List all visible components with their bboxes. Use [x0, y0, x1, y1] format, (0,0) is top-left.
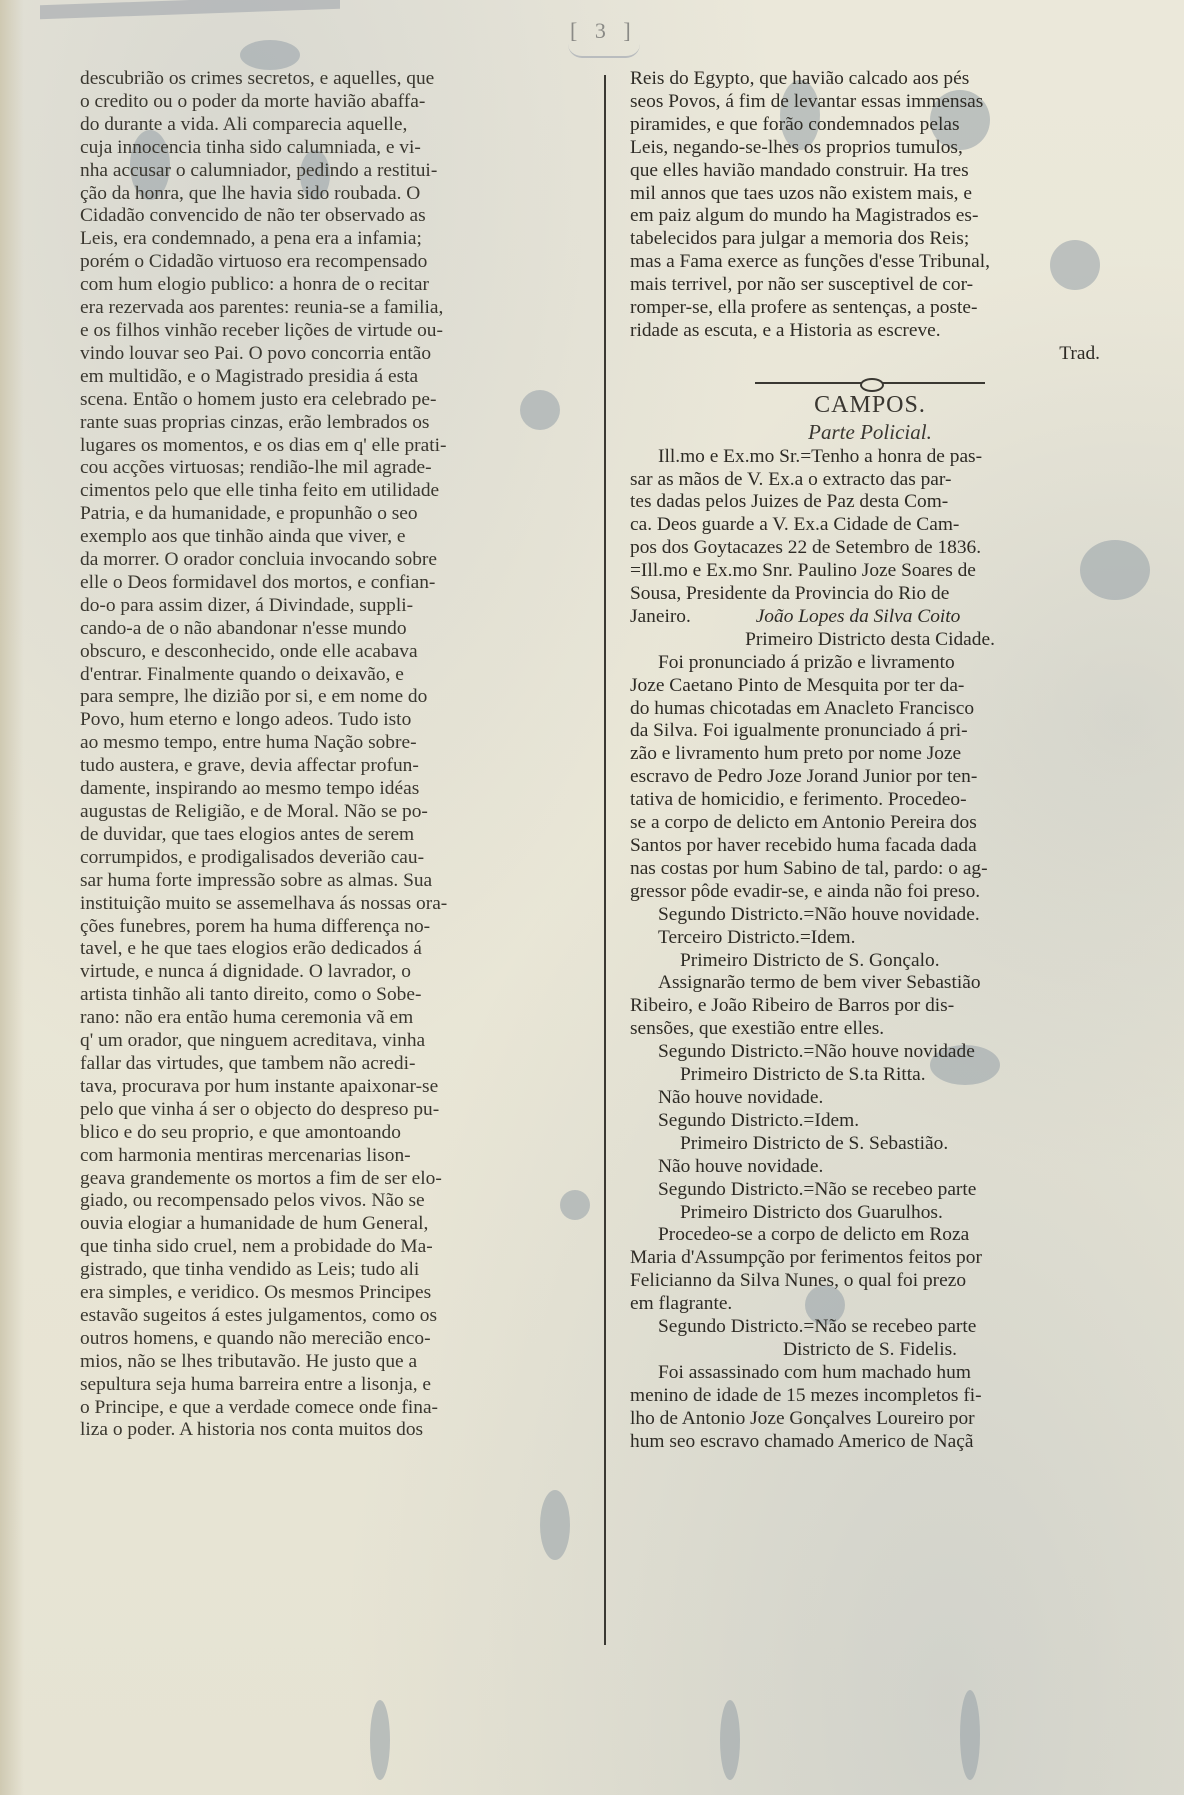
- article-line: d'entrar. Finalmente quando o deixavão, …: [80, 664, 580, 687]
- section-subtitle: Parte Policial.: [630, 421, 1110, 444]
- district-heading: Districto de S. Fidelis.: [630, 1339, 1110, 1362]
- district-heading: Primeiro Districto dos Guarulhos.: [630, 1202, 1110, 1225]
- report-line: sensões, que exestião entre elles.: [630, 1018, 1110, 1041]
- article-line: que elles havião mandado construir. Ha t…: [630, 160, 1110, 183]
- column-divider: [604, 75, 606, 1645]
- article-line: Patria, e da humanidade, e propunhão o s…: [80, 503, 580, 526]
- article-line: ções funebres, porem ha huma differença …: [80, 916, 580, 939]
- article-line: em multidão, e o Magistrado presidia á e…: [80, 366, 580, 389]
- report-line: gressor pôde evadir-se, e ainda não foi …: [630, 881, 1110, 904]
- article-line: romper-se, ella profere as sentenças, a …: [630, 297, 1110, 320]
- article-line: porém o Cidadão virtuoso era recompensad…: [80, 251, 580, 274]
- letter-line: =Ill.mo e Ex.mo Snr. Paulino Joze Soares…: [630, 560, 1110, 583]
- article-line: mil annos que taes uzos não existem mais…: [630, 183, 1110, 206]
- article-line: Povo, hum eterno e longo adeos. Tudo ist…: [80, 709, 580, 732]
- article-line: sepultura seja huma barreira entre a lis…: [80, 1374, 580, 1397]
- article-line: geava grandemente os mortos a fim de ser…: [80, 1168, 580, 1191]
- article-line: ção da honra, que lhe havia sido roubada…: [80, 183, 580, 206]
- article-line: tudo austera, e grave, devia affectar pr…: [80, 755, 580, 778]
- article-line: em paiz algum do mundo ha Magistrados es…: [630, 205, 1110, 228]
- article-line: augustas de Religião, e de Moral. Não se…: [80, 801, 580, 824]
- article-line: com harmonia mentiras mercenarias lison-: [80, 1145, 580, 1168]
- article-line: outros homens, e quando não merecião enc…: [80, 1328, 580, 1351]
- article-line: rante suas proprias cinzas, erão lembrad…: [80, 412, 580, 435]
- article-line: estavão sugeitos á estes julgamentos, co…: [80, 1305, 580, 1328]
- article-line: exemplo aos que tinhão ainda que viver, …: [80, 526, 580, 549]
- signature: João Lopes da Silva Coito: [756, 606, 961, 627]
- article-line: com hum elogio publico: a honra de o rec…: [80, 274, 580, 297]
- article-line: seos Povos, á fim de levantar essas imme…: [630, 91, 1110, 114]
- report-line: em flagrante.: [630, 1293, 1110, 1316]
- report-line: do humas chicotadas em Anacleto Francisc…: [630, 698, 1110, 721]
- article-line: corrumpidos, e prodigalisados deverião c…: [80, 847, 580, 870]
- article-line: instituição muito se assemelhava ás noss…: [80, 893, 580, 916]
- page-number: [ 3 ]: [570, 18, 637, 44]
- report-line: Ribeiro, e João Ribeiro de Barros por di…: [630, 995, 1110, 1018]
- right-column: Reis do Egypto, que havião calcado aos p…: [630, 68, 1110, 1453]
- letter-line: Ill.mo e Ex.mo Sr.=Tenho a honra de pas-: [630, 446, 1110, 469]
- article-line: o Principe, e que a verdade comece onde …: [80, 1397, 580, 1420]
- report-line: da Silva. Foi igualmente pronunciado á p…: [630, 720, 1110, 743]
- article-line: liza o poder. A historia nos conta muito…: [80, 1419, 580, 1442]
- letter-line: Sousa, Presidente da Provincia do Rio de: [630, 583, 1110, 606]
- article-line: ridade as escuta, e a Historia as escrev…: [630, 320, 1110, 343]
- district-heading: Primeiro Districto desta Cidade.: [630, 629, 1110, 652]
- article-line: cimentos pelo que elle tinha feito em ut…: [80, 480, 580, 503]
- section-title: CAMPOS.: [630, 394, 1110, 417]
- article-line: tavel, e he que taes elogios erão dedica…: [80, 938, 580, 961]
- article-line: o credito ou o poder da morte havião aba…: [80, 91, 580, 114]
- article-line: vindo louvar seo Pai. O povo concorria e…: [80, 343, 580, 366]
- report-line: lho de Antonio Joze Gonçalves Loureiro p…: [630, 1408, 1110, 1431]
- article-continuation: Reis do Egypto, que havião calcado aos p…: [630, 68, 1110, 366]
- report-line: se a corpo de delicto em Antonio Pereira…: [630, 812, 1110, 835]
- article-line: era rezervada aos parentes: reunia-se a …: [80, 297, 580, 320]
- report-line: Santos por haver recebido huma facada da…: [630, 835, 1110, 858]
- left-column: descubrião os crimes secretos, e aquelle…: [80, 68, 580, 1442]
- article-line: piramides, e que forão condemnados pelas: [630, 114, 1110, 137]
- ornamental-divider: [755, 378, 985, 388]
- letter-line: tes dadas pelos Juizes de Paz desta Com-: [630, 491, 1110, 514]
- article-line: fallar das virtudes, que tambem não acre…: [80, 1053, 580, 1076]
- article-line: pelo que vinha á ser o objecto do despre…: [80, 1099, 580, 1122]
- article-line: mais terrivel, por não ser susceptivel d…: [630, 274, 1110, 297]
- article-line: gistrado, que tinha vendido as Leis; tud…: [80, 1259, 580, 1282]
- district-entry: Segundo Districto.=Idem.: [630, 1110, 1110, 1133]
- district-entry: Segundo Districto.=Não houve novidade.: [630, 904, 1110, 927]
- article-line: tabelecidos para julgar a memoria dos Re…: [630, 228, 1110, 251]
- page-edge-shadow: [0, 0, 24, 1795]
- article-line: damente, inspirando ao mesmo tempo idéas: [80, 778, 580, 801]
- article-line: sar huma forte impressão sobre as almas.…: [80, 870, 580, 893]
- article-line: era simples, e veridico. Os mesmos Princ…: [80, 1282, 580, 1305]
- report-line: Maria d'Assumpção por ferimentos feitos …: [630, 1247, 1110, 1270]
- district-entry: Segundo Districto.=Não se recebeo parte: [630, 1316, 1110, 1339]
- article-line: virtude, e nunca á dignidade. O lavrador…: [80, 961, 580, 984]
- article-line: Cidadão convencido de não ter observado …: [80, 205, 580, 228]
- article-line: cou acções virtuosas; rendião-lhe mil ag…: [80, 457, 580, 480]
- police-report-letter: Ill.mo e Ex.mo Sr.=Tenho a honra de pas-…: [630, 446, 1110, 629]
- article-line: descubrião os crimes secretos, e aquelle…: [80, 68, 580, 91]
- report-line: Joze Caetano Pinto de Mesquita por ter d…: [630, 675, 1110, 698]
- letter-last-line: Janeiro.: [630, 606, 691, 627]
- district-report: Foi pronunciado á prizão e livramento Jo…: [630, 652, 1110, 904]
- water-stain: [720, 1700, 740, 1780]
- letter-line: pos dos Goytacazes 22 de Setembro de 183…: [630, 537, 1110, 560]
- article-line: nha accusar o calumniador, pedindo a res…: [80, 160, 580, 183]
- district-heading: Primeiro Districto de S.ta Ritta.: [630, 1064, 1110, 1087]
- newspaper-page: [ 3 ] descubrião os crimes secretos, e a…: [0, 0, 1184, 1795]
- report-line: nas costas por hum Sabino de tal, pardo:…: [630, 858, 1110, 881]
- page-number-flourish: [568, 44, 640, 58]
- article-line: rano: não era então huma ceremonia vã em: [80, 1007, 580, 1030]
- article-line: mas a Fama exerce as funções d'esse Trib…: [630, 251, 1110, 274]
- district-entry: Terceiro Districto.=Idem.: [630, 927, 1110, 950]
- article-line: da morrer. O orador concluia invocando s…: [80, 549, 580, 572]
- article-line: ouvia elogiar a humanidade de hum Genera…: [80, 1213, 580, 1236]
- district-entry: Não houve novidade.: [630, 1156, 1110, 1179]
- article-line: ao mesmo tempo, entre huma Nação sobre-: [80, 732, 580, 755]
- report-line: hum seo escravo chamado Americo de Naçã: [630, 1431, 1110, 1454]
- torn-top-edge: [40, 0, 340, 19]
- district-entry: Segundo Districto.=Não se recebeo parte: [630, 1179, 1110, 1202]
- article-line: e os filhos vinhão receber lições de vir…: [80, 320, 580, 343]
- letter-line: sar as mãos de V. Ex.a o extracto das pa…: [630, 469, 1110, 492]
- report-line: zão e livramento hum preto por nome Joze: [630, 743, 1110, 766]
- district-entry: Não houve novidade.: [630, 1087, 1110, 1110]
- water-stain: [540, 1490, 570, 1560]
- district-heading: Primeiro Districto de S. Gonçalo.: [630, 950, 1110, 973]
- article-line: q' um orador, que ninguem acreditava, vi…: [80, 1030, 580, 1053]
- article-line: blico e do seu proprio, e que amontoando: [80, 1122, 580, 1145]
- report-line: escravo de Pedro Joze Jorand Junior por …: [630, 766, 1110, 789]
- article-line: para sempre, lhe dizião por si, e em nom…: [80, 686, 580, 709]
- report-line: Foi assassinado com hum machado hum: [630, 1362, 1110, 1385]
- report-line: tativa de homicidio, e ferimento. Proced…: [630, 789, 1110, 812]
- report-line: Foi pronunciado á prizão e livramento: [630, 652, 1110, 675]
- water-stain: [240, 40, 300, 70]
- article-line: de duvidar, que taes elogios antes de se…: [80, 824, 580, 847]
- article-line: do durante a vida. Ali comparecia aquell…: [80, 114, 580, 137]
- report-line: Assignarão termo de bem viver Sebastião: [630, 972, 1110, 995]
- article-line: que tinha sido cruel, nem a probidade do…: [80, 1236, 580, 1259]
- report-line: Felicianno da Silva Nunes, o qual foi pr…: [630, 1270, 1110, 1293]
- divider-knot-ornament: [860, 378, 884, 392]
- article-line: artista tinhão ali tanto direito, como o…: [80, 984, 580, 1007]
- article-line: giado, ou recompensado pelos vivos. Não …: [80, 1190, 580, 1213]
- article-line: obscuro, e desconhecido, onde elle acaba…: [80, 641, 580, 664]
- article-line: cuja innocencia tinha sido calumniada, e…: [80, 137, 580, 160]
- article-line: elle o Deos formidavel dos mortos, e con…: [80, 572, 580, 595]
- translator-credit: Trad.: [630, 343, 1110, 366]
- letter-closing-line: Janeiro. João Lopes da Silva Coito: [630, 606, 1110, 629]
- article-line: Leis, negando-se-lhes os proprios tumulo…: [630, 137, 1110, 160]
- article-line: Reis do Egypto, que havião calcado aos p…: [630, 68, 1110, 91]
- article-line: tava, procurava por hum instante apaixon…: [80, 1076, 580, 1099]
- report-line: Procedeo-se a corpo de delicto em Roza: [630, 1224, 1110, 1247]
- district-heading: Primeiro Districto de S. Sebastião.: [630, 1133, 1110, 1156]
- article-line: do-o para assim dizer, á Divindade, supp…: [80, 595, 580, 618]
- article-line: lugares os momentos, e os dias em q' ell…: [80, 435, 580, 458]
- article-line: cando-a de o não abandonar n'esse mundo: [80, 618, 580, 641]
- water-stain: [370, 1700, 390, 1780]
- article-line: mios, não se lhes tributavão. He justo q…: [80, 1351, 580, 1374]
- letter-line: ca. Deos guarde a V. Ex.a Cidade de Cam-: [630, 514, 1110, 537]
- water-stain: [960, 1690, 980, 1780]
- article-line: Leis, era condemnado, a pena era a infam…: [80, 228, 580, 251]
- report-line: menino de idade de 15 mezes incompletos …: [630, 1385, 1110, 1408]
- district-entry: Segundo Districto.=Não houve novidade: [630, 1041, 1110, 1064]
- article-line: scena. Então o homem justo era celebrado…: [80, 389, 580, 412]
